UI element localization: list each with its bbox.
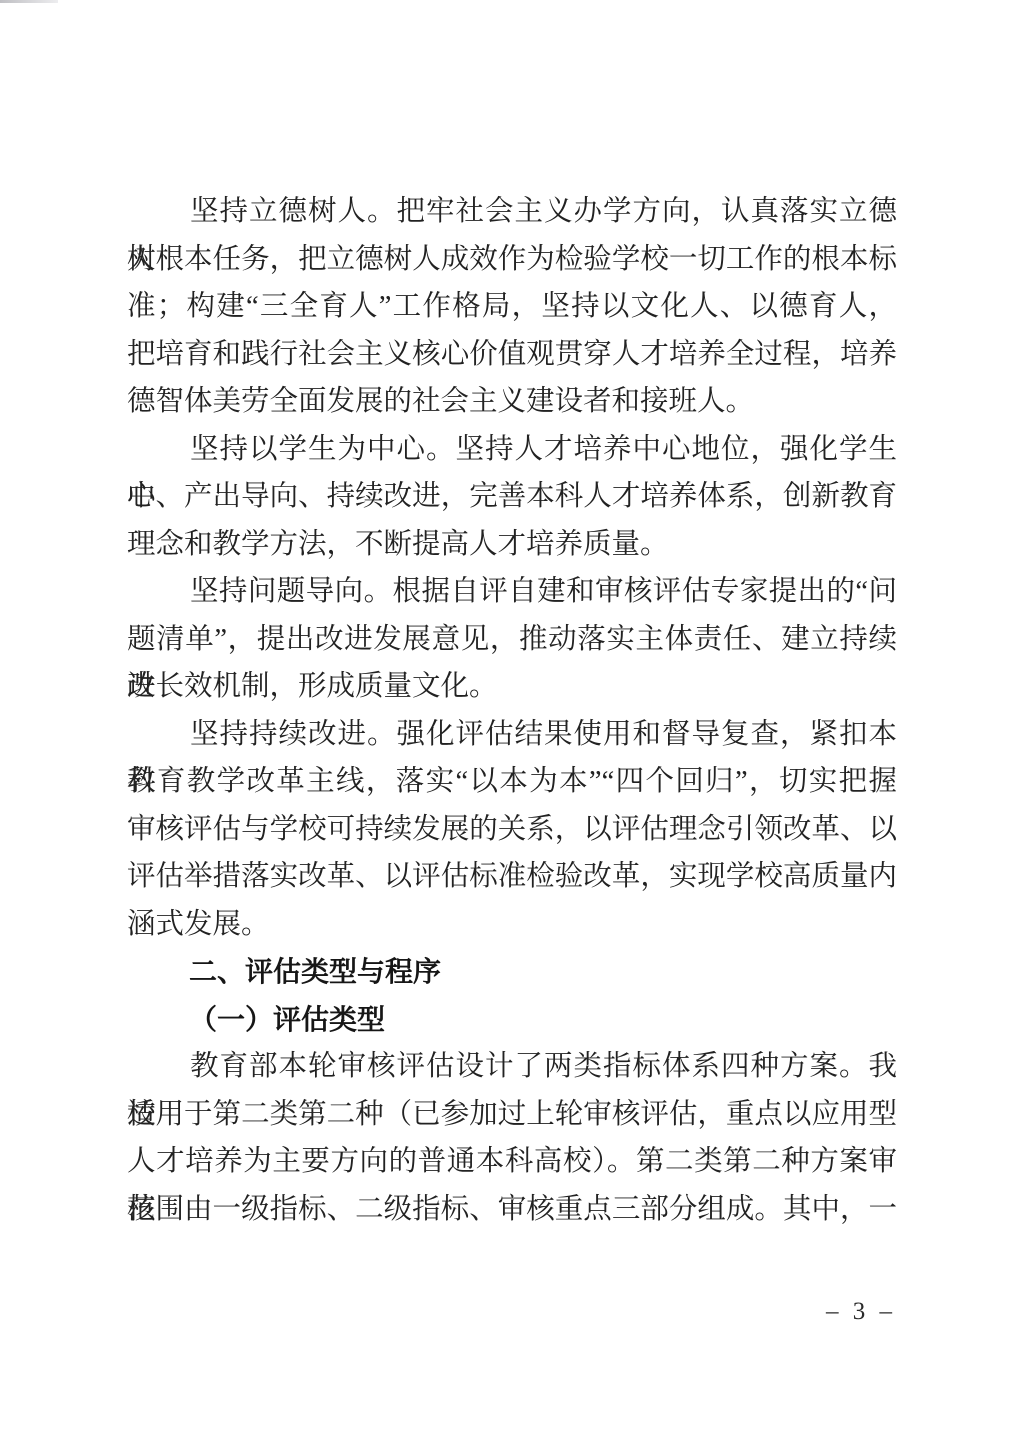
doc-line: 涵式发展。 [127, 901, 897, 949]
doc-line: 坚持立德树人。把牢社会主义办学方向，认真落实立德树 [127, 188, 897, 236]
doc-line: 评估举措落实改革、以评估标准检验改革，实现学校高质量内 [127, 853, 897, 901]
doc-line: 教育教学改革主线，落实“以本为本”“四个回归”，切实把握 [127, 758, 897, 806]
doc-line: 适用于第二类第二种（已参加过上轮审核评估，重点以应用型 [127, 1091, 897, 1139]
subsection-heading: （一）评估类型 [127, 996, 897, 1044]
doc-line: 心、产出导向、持续改进，完善本科人才培养体系，创新教育 [127, 473, 897, 521]
doc-line: 人才培养为主要方向的普通本科高校）。第二类第二种方案审核 [127, 1138, 897, 1186]
document-page: 坚持立德树人。把牢社会主义办学方向，认真落实立德树 人根本任务，把立德树人成效作… [0, 0, 1013, 1434]
doc-line: 教育部本轮审核评估设计了两类指标体系四种方案。我校 [127, 1043, 897, 1091]
doc-line: 理念和教学方法，不断提高人才培养质量。 [127, 521, 897, 569]
doc-line: 审核评估与学校可持续发展的关系，以评估理念引领改革、以 [127, 806, 897, 854]
doc-line: 坚持问题导向。根据自评自建和审核评估专家提出的“问 [127, 568, 897, 616]
doc-line: 把培育和践行社会主义核心价值观贯穿人才培养全过程，培养 [127, 331, 897, 379]
doc-line: 人根本任务，把立德树人成效作为检验学校一切工作的根本标 [127, 236, 897, 284]
doc-line: 坚持以学生为中心。坚持人才培养中心地位，强化学生中 [127, 426, 897, 474]
doc-line: 准；构建“三全育人”工作格局，坚持以文化人、以德育人， [127, 283, 897, 331]
doc-line: 坚持持续改进。强化评估结果使用和督导复查，紧扣本科 [127, 711, 897, 759]
document-body: 坚持立德树人。把牢社会主义办学方向，认真落实立德树 人根本任务，把立德树人成效作… [127, 188, 897, 1233]
page-number: – 3 – [826, 1297, 896, 1327]
doc-line: 范围由一级指标、二级指标、审核重点三部分组成。其中，一 [127, 1186, 897, 1234]
doc-line: 题清单”，提出改进发展意见，推动落实主体责任、建立持续改 [127, 616, 897, 664]
section-heading: 二、评估类型与程序 [127, 948, 897, 996]
scan-artifact [0, 0, 58, 3]
doc-line: 德智体美劳全面发展的社会主义建设者和接班人。 [127, 378, 897, 426]
doc-line: 进长效机制，形成质量文化。 [127, 663, 897, 711]
